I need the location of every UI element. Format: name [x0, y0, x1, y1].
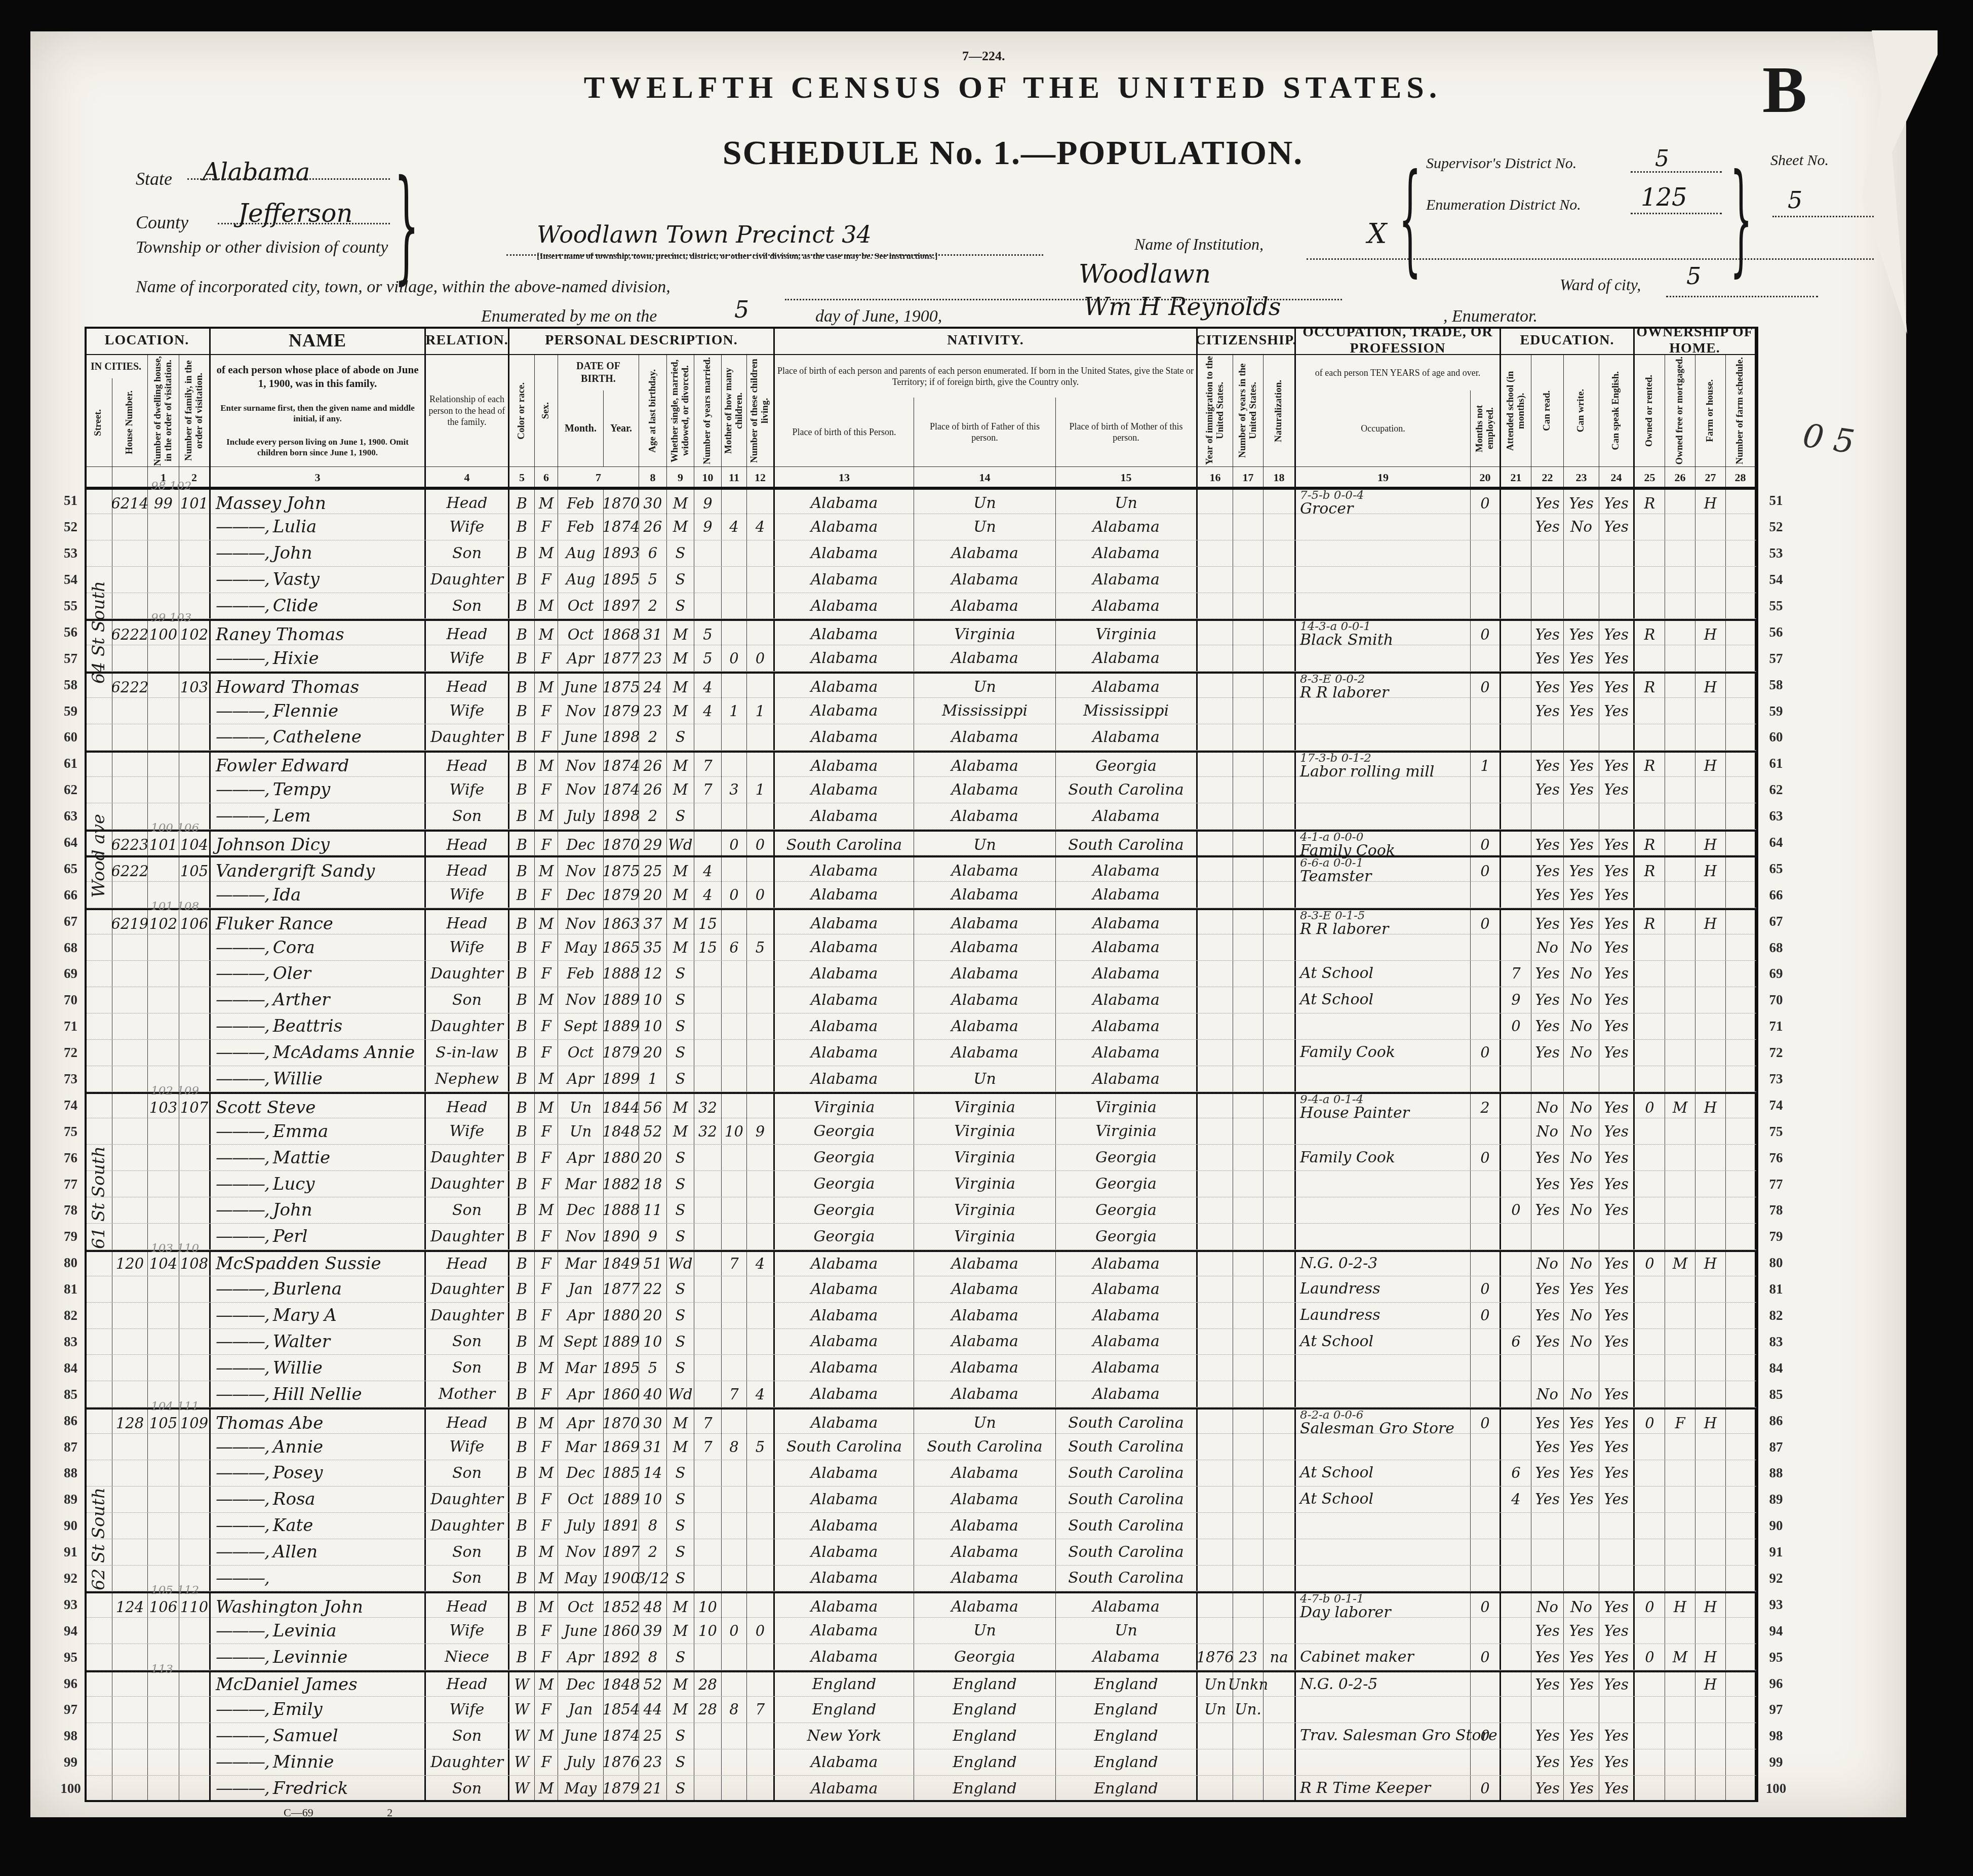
cell-rel: Head	[426, 621, 509, 648]
cell-pf: Alabama	[914, 882, 1056, 908]
header-col-number-24: 24	[1599, 466, 1635, 488]
cell-house	[112, 961, 148, 987]
cell-rel: Son	[426, 1566, 509, 1591]
cell-c: B	[509, 1381, 535, 1407]
cell-wr: No	[1564, 1094, 1599, 1121]
cell-own	[1635, 1487, 1665, 1512]
person-name: Levinnie	[273, 1647, 348, 1667]
cell-ym	[694, 1303, 722, 1328]
cell-name: ———,Beattris	[211, 1013, 426, 1039]
cell-mne	[1471, 1013, 1501, 1039]
cell-fm	[1665, 1355, 1695, 1381]
cell-fs	[1726, 540, 1756, 566]
cell-d	[148, 1118, 179, 1144]
ditto-dash: ———,	[216, 1437, 269, 1457]
cell-age: 2	[639, 724, 667, 750]
census-row-92: ———,SonBMMay19003/12SAlabamaAlabamaSouth…	[85, 1566, 1756, 1592]
cell-ym	[694, 1539, 722, 1565]
cell-na	[1264, 961, 1296, 987]
cell-pm: Alabama	[1056, 645, 1198, 671]
cell-house	[112, 753, 148, 779]
cell-im	[1198, 961, 1233, 987]
cell-house	[112, 567, 148, 593]
cell-rel: Wife	[426, 1118, 509, 1144]
cell-rd: No	[1531, 1381, 1564, 1407]
cell-mne: 0	[1471, 1145, 1501, 1170]
cell-fm	[1665, 514, 1695, 540]
cell-fs	[1726, 1513, 1756, 1539]
cell-pf: Virginia	[914, 1197, 1056, 1223]
cell-pm: Alabama	[1056, 1040, 1198, 1066]
cell-cl: 0	[747, 882, 775, 908]
cell-by: 1890	[604, 1224, 639, 1249]
row-numbers-left: 5152535455565758596061626364656667686970…	[57, 488, 85, 1802]
cell-bm: Dec	[558, 1460, 604, 1486]
cell-pf: Virginia	[914, 1118, 1056, 1144]
cell-s: M	[535, 857, 558, 884]
ditto-dash: ———,	[216, 517, 269, 537]
cell-house	[112, 1118, 148, 1144]
cell-yu	[1233, 1539, 1264, 1565]
cell-s: M	[535, 593, 558, 619]
cell-by: 1893	[604, 540, 639, 566]
cell-fm	[1665, 1381, 1695, 1407]
cell-fm	[1665, 698, 1695, 724]
census-row-86: 128105109Thomas AbeHeadBMApr187030M7Alab…	[85, 1408, 1756, 1434]
cell-mc: 7	[722, 1252, 747, 1276]
cell-fh	[1695, 514, 1726, 540]
cell-cl	[747, 1723, 775, 1749]
cell-by: 1879	[604, 1040, 639, 1066]
cell-s: F	[535, 1697, 558, 1723]
cell-occupation	[1296, 1513, 1471, 1539]
cell-cl	[747, 1460, 775, 1486]
cell-c: B	[509, 910, 535, 937]
cell-pb: Virginia	[775, 1094, 914, 1121]
cell-occupation	[1296, 1224, 1471, 1249]
cell-fs	[1726, 1644, 1756, 1670]
district-brace-open: {	[1399, 148, 1422, 289]
cell-sch	[1501, 567, 1531, 593]
cell-bm: Mar	[558, 1434, 604, 1460]
census-row-79: ———,PerlDaughterBFNov18909SGeorgiaVirgin…	[85, 1224, 1756, 1250]
cell-mne: 0	[1471, 1303, 1501, 1328]
cell-na	[1264, 1381, 1296, 1407]
cell-mc	[722, 1749, 747, 1775]
cell-f	[179, 961, 211, 987]
cell-house	[112, 1040, 148, 1066]
cell-cl	[747, 1094, 775, 1121]
cell-sch	[1501, 1276, 1531, 1302]
cell-mc	[722, 1460, 747, 1486]
cell-house	[112, 1539, 148, 1565]
cell-occupation: R R Time Keeper	[1296, 1776, 1471, 1802]
cell-en: Yes	[1599, 698, 1635, 724]
cell-wr	[1564, 1224, 1599, 1249]
header-naturalization: Naturalization.	[1264, 355, 1296, 466]
person-name: Massey John	[216, 493, 326, 514]
cell-mne	[1471, 961, 1501, 987]
row-number-right-56: 56	[1761, 619, 1791, 645]
header-yrs-us: Number of years in the United States.	[1233, 355, 1264, 466]
cell-fh: H	[1695, 1252, 1726, 1276]
cell-own: 0	[1635, 1252, 1665, 1276]
header-col-number-21: 21	[1501, 466, 1531, 488]
cell-im	[1198, 1066, 1233, 1092]
cell-fh	[1695, 1303, 1726, 1328]
cell-en: Yes	[1599, 1303, 1635, 1328]
person-name: Beattris	[273, 1016, 342, 1036]
cell-yu	[1233, 567, 1264, 593]
cell-na	[1264, 674, 1296, 700]
cell-fs	[1726, 1697, 1756, 1723]
cell-rd: Yes	[1531, 1171, 1564, 1197]
cell-occupation	[1296, 1197, 1471, 1223]
cell-en: Yes	[1599, 1171, 1635, 1197]
person-name: Rosa	[273, 1489, 315, 1509]
cell-d	[148, 1487, 179, 1512]
cell-rd: Yes	[1531, 1013, 1564, 1039]
cell-own	[1635, 1566, 1665, 1591]
cell-rd	[1531, 567, 1564, 593]
row-number-right-65: 65	[1761, 855, 1791, 882]
table-frame-r	[1756, 327, 1758, 1802]
occupation-text: R R Time Keeper	[1300, 1781, 1431, 1796]
cell-mc	[722, 1066, 747, 1092]
cell-mne	[1471, 934, 1501, 960]
cell-cl: 5	[747, 1434, 775, 1460]
cell-name: ———,John	[211, 540, 426, 566]
cell-d	[148, 1013, 179, 1039]
cell-pf: Georgia	[914, 1644, 1056, 1670]
cell-fs	[1726, 1381, 1756, 1407]
cell-by: 1889	[604, 1487, 639, 1512]
cell-sch	[1501, 1749, 1531, 1775]
cell-pf: Alabama	[914, 1381, 1056, 1407]
cell-occupation	[1296, 645, 1471, 671]
cell-f	[179, 1539, 211, 1565]
cell-wr: No	[1564, 1381, 1599, 1407]
cell-sch	[1501, 857, 1531, 884]
cell-yu	[1233, 1566, 1264, 1591]
cell-own	[1635, 1539, 1665, 1565]
cell-na	[1264, 753, 1296, 779]
cell-sch	[1501, 540, 1531, 566]
cell-d	[148, 1145, 179, 1170]
cell-m: Wd	[667, 1381, 694, 1407]
cell-na	[1264, 1672, 1296, 1696]
cell-bm: Mar	[558, 1355, 604, 1381]
cell-d	[148, 753, 179, 779]
cell-fm	[1665, 1013, 1695, 1039]
cell-age: 20	[639, 1040, 667, 1066]
row-number-left-66: 66	[57, 882, 85, 908]
cell-rel: Son	[426, 1355, 509, 1381]
cell-sch: 0	[1501, 1013, 1531, 1039]
person-name: Posey	[273, 1463, 323, 1483]
person-name: Allen	[273, 1542, 318, 1562]
cell-m: M	[667, 1618, 694, 1644]
cell-wr: No	[1564, 987, 1599, 1013]
cell-rel: Head	[426, 832, 509, 858]
cell-by: 1870	[604, 1410, 639, 1436]
cell-c: B	[509, 724, 535, 750]
cell-fs	[1726, 1252, 1756, 1276]
cell-ym	[694, 567, 722, 593]
cell-fs	[1726, 1618, 1756, 1644]
cell-cl	[747, 1513, 775, 1539]
person-name: Lucy	[273, 1174, 315, 1194]
cell-mc	[722, 1487, 747, 1512]
cell-street	[85, 1644, 112, 1670]
cell-d: 101	[148, 832, 179, 858]
footer-imprint: C—69 2	[284, 1806, 392, 1819]
cell-na	[1264, 1460, 1296, 1486]
row-number-left-79: 79	[57, 1224, 85, 1250]
cell-m: S	[667, 1723, 694, 1749]
cell-fs	[1726, 1355, 1756, 1381]
header-can-english: Can speak English.	[1599, 355, 1635, 466]
cell-fm	[1665, 1040, 1695, 1066]
census-row-90: ———,KateDaughterBFJuly18918SAlabamaAlaba…	[85, 1513, 1756, 1539]
cell-own	[1635, 1013, 1665, 1039]
cell-ym: 15	[694, 934, 722, 960]
header-education: EDUCATION.	[1501, 327, 1635, 355]
cell-fm	[1665, 1197, 1695, 1223]
cell-c: B	[509, 1118, 535, 1144]
cell-na: na	[1264, 1644, 1296, 1670]
cell-en: Yes	[1599, 1644, 1635, 1670]
cell-f	[179, 1644, 211, 1670]
row-number-right-100: 100	[1761, 1776, 1791, 1802]
cell-fh	[1695, 1749, 1726, 1775]
cell-rd: No	[1531, 934, 1564, 960]
cell-wr	[1564, 803, 1599, 829]
cell-mc: 6	[722, 934, 747, 960]
cell-fh	[1695, 1145, 1726, 1170]
cell-rd: Yes	[1531, 645, 1564, 671]
cell-wr	[1564, 567, 1599, 593]
cell-pf: Un	[914, 514, 1056, 540]
cell-c: B	[509, 857, 535, 884]
census-row-68: ———,CoraWifeBFMay186535M1565AlabamaAlaba…	[85, 934, 1756, 961]
row-number-left-78: 78	[57, 1197, 85, 1224]
cell-own: 0	[1635, 1094, 1665, 1121]
census-row-93: 124106110Washington JohnHeadBMOct185248M…	[85, 1591, 1756, 1618]
person-name: Hixie	[273, 648, 319, 669]
cell-age: 22	[639, 1276, 667, 1302]
cell-en: Yes	[1599, 1197, 1635, 1223]
cell-cl	[747, 1776, 775, 1802]
cell-rd: Yes	[1531, 1487, 1564, 1512]
cell-by: 1889	[604, 987, 639, 1013]
cell-sch	[1501, 1513, 1531, 1539]
person-name: John	[273, 543, 312, 563]
cell-pm: Alabama	[1056, 987, 1198, 1013]
cell-house	[112, 1094, 148, 1121]
cell-pb: Alabama	[775, 567, 914, 593]
cell-wr: Yes	[1564, 621, 1599, 648]
row-number-left-77: 77	[57, 1171, 85, 1197]
cell-wr	[1564, 1066, 1599, 1092]
cell-m: M	[667, 514, 694, 540]
cell-pb: Alabama	[775, 593, 914, 619]
cell-pb: Alabama	[775, 1566, 914, 1591]
cell-d: 106	[148, 1593, 179, 1620]
cell-mne	[1471, 1329, 1501, 1355]
cell-rd: Yes	[1531, 1723, 1564, 1749]
header-dob: DATE OF BIRTH.	[558, 355, 639, 390]
header-relation: RELATION.	[426, 327, 509, 355]
row-number-left-92: 92	[57, 1566, 85, 1592]
cell-fh	[1695, 1513, 1726, 1539]
cell-yu	[1233, 645, 1264, 671]
cell-m: S	[667, 567, 694, 593]
cell-rd	[1531, 593, 1564, 619]
cell-name: McSpadden Sussie	[211, 1252, 426, 1276]
cell-fm	[1665, 593, 1695, 619]
cell-d: 99	[148, 490, 179, 517]
cell-d	[148, 1197, 179, 1223]
cell-by: 1899	[604, 1066, 639, 1092]
cell-pf: Un	[914, 1066, 1056, 1092]
cell-house	[112, 1145, 148, 1170]
cell-mc	[722, 1013, 747, 1039]
cell-pm: England	[1056, 1672, 1198, 1696]
cell-name: ———,Tempy	[211, 777, 426, 803]
table-rows: 621499101Massey JohnHeadBMFeb187030M9Ala…	[85, 488, 1756, 1802]
cell-d	[148, 934, 179, 960]
cell-bm: Nov	[558, 987, 604, 1013]
cell-na	[1264, 1618, 1296, 1644]
row-number-left-73: 73	[57, 1066, 85, 1092]
row-number-left-52: 52	[57, 514, 85, 540]
cell-own	[1635, 514, 1665, 540]
cell-fh	[1695, 961, 1726, 987]
cell-fs	[1726, 490, 1756, 517]
cell-pm: Virginia	[1056, 1118, 1198, 1144]
header-age: Age at last birthday.	[639, 355, 667, 466]
person-name: Annie	[273, 1437, 323, 1457]
enumerator-label: , Enumerator.	[1443, 307, 1537, 326]
cell-wr: No	[1564, 961, 1599, 987]
cell-rel: Wife	[426, 777, 509, 803]
cell-pf: Alabama	[914, 987, 1056, 1013]
cell-wr: No	[1564, 1040, 1599, 1066]
cell-bm: June	[558, 674, 604, 700]
header-free-mortgaged: Owned free or mortgaged.	[1665, 355, 1695, 466]
cell-en: Yes	[1599, 1276, 1635, 1302]
cell-yu	[1233, 1749, 1264, 1775]
cell-occupation: At School	[1296, 1329, 1471, 1355]
cell-pf: Virginia	[914, 1094, 1056, 1121]
cell-im	[1198, 567, 1233, 593]
cell-fm	[1665, 910, 1695, 937]
cell-d	[148, 1171, 179, 1197]
cell-wr	[1564, 1566, 1599, 1591]
census-row-78: ———,JohnSonBMDec188811SGeorgiaVirginiaGe…	[85, 1197, 1756, 1224]
cell-name: ———,Lem	[211, 803, 426, 829]
cell-pf: Alabama	[914, 1252, 1056, 1276]
ditto-dash: ———,	[216, 1226, 269, 1246]
cell-na	[1264, 777, 1296, 803]
header-relation-note: Relationship of each person to the head …	[426, 355, 509, 466]
cell-yu	[1233, 961, 1264, 987]
row-number-left-51: 51	[57, 488, 85, 514]
cell-pf: Alabama	[914, 934, 1056, 960]
cell-rel: Head	[426, 1252, 509, 1276]
cell-by: 1869	[604, 1434, 639, 1460]
cell-name: Vandergrift Sandy	[211, 857, 426, 884]
cell-occupation: 4-1-a 0-0-0Family Cook	[1296, 832, 1471, 858]
cell-c: B	[509, 1197, 535, 1223]
person-name: Minnie	[273, 1752, 334, 1772]
cell-sch	[1501, 753, 1531, 779]
cell-pb: Alabama	[775, 882, 914, 908]
cell-d: 100	[148, 621, 179, 648]
cell-house	[112, 1276, 148, 1302]
cell-im	[1198, 1618, 1233, 1644]
cell-d	[148, 540, 179, 566]
cell-house: 6222	[112, 674, 148, 700]
cell-fs	[1726, 1118, 1756, 1144]
cell-m: S	[667, 1040, 694, 1066]
cell-occupation	[1296, 1381, 1471, 1407]
occupation-text: Family Cook	[1300, 1045, 1395, 1060]
cell-m: S	[667, 1513, 694, 1539]
cell-c: B	[509, 1303, 535, 1328]
person-name: Perl	[273, 1226, 308, 1246]
cell-c: B	[509, 987, 535, 1013]
person-name: Johnson Dicy	[216, 835, 330, 855]
cell-rel: Daughter	[426, 961, 509, 987]
cell-ym: 7	[694, 753, 722, 779]
row-number-left-88: 88	[57, 1460, 85, 1487]
cell-cl	[747, 1013, 775, 1039]
cell-name: ———,Willie	[211, 1066, 426, 1092]
cell-en: Yes	[1599, 1252, 1635, 1276]
cell-fs	[1726, 1593, 1756, 1620]
cell-yu: 23	[1233, 1644, 1264, 1670]
cell-sch	[1501, 803, 1531, 829]
cell-fm	[1665, 567, 1695, 593]
header-col-number-20: 20	[1471, 466, 1501, 488]
cell-f	[179, 1040, 211, 1066]
cell-fm	[1665, 621, 1695, 648]
cell-im	[1198, 1513, 1233, 1539]
cell-wr: Yes	[1564, 910, 1599, 937]
census-row-62: ———,TempyWifeBFNov187426M731AlabamaAlaba…	[85, 777, 1756, 803]
cell-mc	[722, 1224, 747, 1249]
person-name: Burlena	[273, 1279, 342, 1299]
cell-pm: England	[1056, 1776, 1198, 1802]
cell-age: 26	[639, 514, 667, 540]
ward-value: 5	[1686, 262, 1701, 290]
row-number-right-73: 73	[1761, 1066, 1791, 1092]
cell-own: R	[1635, 753, 1665, 779]
header-col-number-8: 8	[639, 466, 667, 488]
row-number-right-79: 79	[1761, 1224, 1791, 1250]
pencil-correction-row-74: 102 109	[151, 1084, 199, 1098]
cell-fh: H	[1695, 910, 1726, 937]
cell-rd: Yes	[1531, 961, 1564, 987]
cell-rel: Son	[426, 803, 509, 829]
cell-rel: Head	[426, 753, 509, 779]
header-location: LOCATION.	[85, 327, 211, 355]
cell-fm: M	[1665, 1094, 1695, 1121]
cell-mc	[722, 1040, 747, 1066]
cell-name: ———,Emily	[211, 1697, 426, 1723]
